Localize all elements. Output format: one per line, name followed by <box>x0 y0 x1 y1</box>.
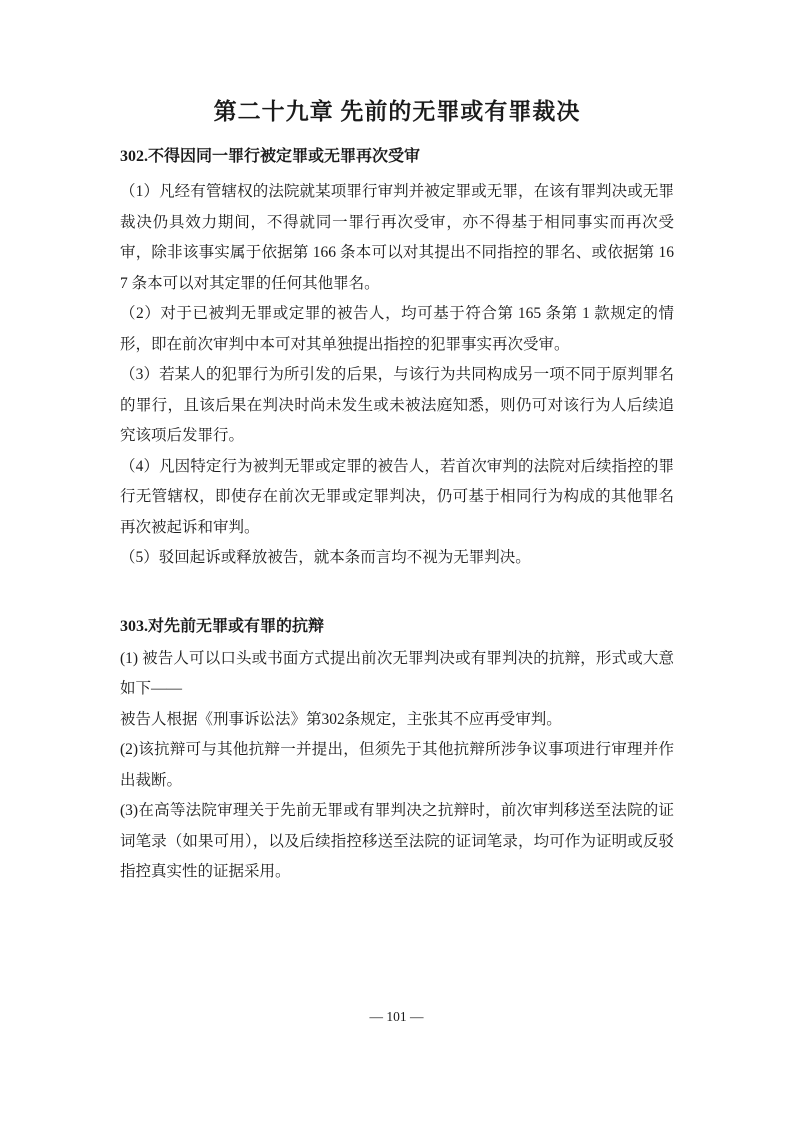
paragraph: （3）若某人的犯罪行为所引发的后果，与该行为共同构成另一项不同于原判罪名的罪行，… <box>120 360 674 452</box>
document-page: 第二十九章 先前的无罪或有罪裁决 302.不得因同一罪行被定罪或无罪再次受审（1… <box>0 0 793 1122</box>
section-303-heading: 303.对先前无罪或有罪的抗辩 <box>120 616 674 638</box>
section-303-paragraphs: (1) 被告人可以口头或书面方式提出前次无罪判决或有罪判决的抗辩，形式或大意如下… <box>120 644 674 888</box>
page-footer: — 101 — <box>0 1008 793 1026</box>
section-302-paragraphs: （1）凡经有管辖权的法院就某项罪行审判并被定罪或无罪，在该有罪判决或无罪裁决仍具… <box>120 177 674 574</box>
chapter-title: 第二十九章 先前的无罪或有罪裁决 <box>120 0 674 128</box>
paragraph: （4）凡因特定行为被判无罪或定罪的被告人，若首次审判的法院对后续指控的罪行无管辖… <box>120 452 674 544</box>
paragraph: （2）对于已被判无罪或定罪的被告人，均可基于符合第 165 条第 1 款规定的情… <box>120 299 674 360</box>
paragraph: 被告人根据《刑事诉讼法》第302条规定，主张其不应再受审判。 <box>120 705 674 736</box>
paragraph: （5）驳回起诉或释放被告，就本条而言均不视为无罪判决。 <box>120 543 674 574</box>
page-number: — 101 — <box>370 1009 424 1024</box>
section-303: 303.对先前无罪或有罪的抗辩(1) 被告人可以口头或书面方式提出前次无罪判决或… <box>120 616 674 888</box>
paragraph: (2)该抗辩可与其他抗辩一并提出，但须先于其他抗辩所涉争议事项进行审理并作出裁断… <box>120 735 674 796</box>
sections-container: 302.不得因同一罪行被定罪或无罪再次受审（1）凡经有管辖权的法院就某项罪行审判… <box>120 146 674 888</box>
paragraph: (3)在高等法院审理关于先前无罪或有罪判决之抗辩时，前次审判移送至法院的证词笔录… <box>120 796 674 888</box>
page-content: 第二十九章 先前的无罪或有罪裁决 302.不得因同一罪行被定罪或无罪再次受审（1… <box>120 0 674 888</box>
section-302-heading: 302.不得因同一罪行被定罪或无罪再次受审 <box>120 146 674 168</box>
paragraph: （1）凡经有管辖权的法院就某项罪行审判并被定罪或无罪，在该有罪判决或无罪裁决仍具… <box>120 177 674 299</box>
section-302: 302.不得因同一罪行被定罪或无罪再次受审（1）凡经有管辖权的法院就某项罪行审判… <box>120 146 674 574</box>
paragraph: (1) 被告人可以口头或书面方式提出前次无罪判决或有罪判决的抗辩，形式或大意如下… <box>120 644 674 705</box>
